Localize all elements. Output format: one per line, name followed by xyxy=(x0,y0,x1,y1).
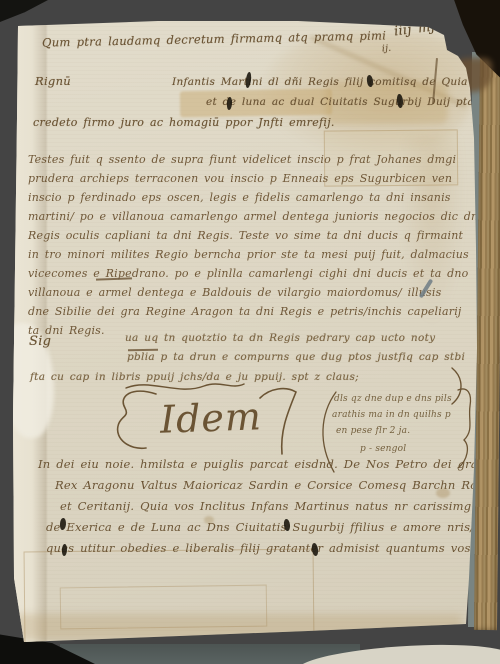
note-line: p - sengol xyxy=(360,444,406,454)
text-line: ua uq tn quotztio ta dn Regis pedrary ca… xyxy=(125,332,435,344)
text-line: martini/ po e villanoua camarlengo armel… xyxy=(28,207,468,226)
note-line: arathis ma in dn quilhs p xyxy=(332,410,451,420)
stain-outline xyxy=(24,548,315,643)
margin-label-sig: Sig xyxy=(29,334,51,349)
note-line: dls qz dne dup e dns pils xyxy=(334,394,452,404)
text-line: Testes fuit q ssento de supra fiunt vide… xyxy=(28,150,468,169)
idem-label: Idem xyxy=(159,394,262,442)
flourish-left-icon xyxy=(112,382,164,458)
text-line: villanoua e armel dentega e Baldouis de … xyxy=(28,283,468,302)
regest-line: Infantis Martini dl dñi Regis filij comi… xyxy=(172,76,468,88)
cover-corner-top-left xyxy=(0,0,48,22)
text-line: et Ceritanij. Quia vos Inclitus Infans M… xyxy=(60,496,470,517)
flourish-right-icon xyxy=(254,380,302,460)
regest-line: credeto firmo juro ac homagiū ppor Jnfti… xyxy=(33,116,335,129)
text-line: In dei eiu noie. hmilsta e puiglis parca… xyxy=(38,454,470,475)
water-stain xyxy=(263,32,473,157)
text-line: pblia p ta drun e compurns que dug ptos … xyxy=(127,351,465,363)
photo-backdrop: iiij mj ij. Qum ptra laudamq decretum fi… xyxy=(0,0,500,664)
folio-number: iiij mj xyxy=(393,20,436,40)
stain-outline xyxy=(60,585,268,630)
text-line: dne Sibilie dei gra Regine Aragon ta dni… xyxy=(28,302,468,321)
margin-label-regest: Rignū xyxy=(35,74,71,88)
text-line: in tro minori milites Regio berncha prio… xyxy=(28,245,468,264)
bottom-stain-band xyxy=(16,614,462,640)
idem-heading-block: Idem xyxy=(112,380,302,458)
text-line: vicecomes e Ripedrano. po e plinlla cama… xyxy=(28,264,468,283)
paragraph-testes: Testes fuit q ssento de supra fiunt vide… xyxy=(28,150,468,340)
ink-blot xyxy=(226,97,232,110)
text-line: inscio p ferdinado eps oscen, legis e fi… xyxy=(28,188,468,207)
manuscript-page: iiij mj ij. Qum ptra laudamq decretum fi… xyxy=(8,18,480,650)
text-line: de Exerica e de Luna ac Dns Ciuitatis Su… xyxy=(46,517,470,538)
folio-annotation: ij. xyxy=(382,44,392,55)
text-line: ques utitur obedies e liberalis filij gr… xyxy=(46,538,470,559)
text-line: prudera archieps terraconen vou inscio p… xyxy=(28,169,468,188)
paragraph-charter: In dei eiu noie. hmilsta e puiglis parca… xyxy=(38,454,470,559)
regest-line: et de luna ac dual Ciuitatis Sugurbij Du… xyxy=(206,96,500,108)
note-line: en pese flr 2 ja. xyxy=(336,426,410,436)
text-line: Regis oculis capliani ta dni Regis. Test… xyxy=(28,226,468,245)
heading-line: Qum ptra laudamq decretum firmamq atq pr… xyxy=(42,28,386,49)
text-line: Rex Aragonu Valtus Maioricaz Sardin e Co… xyxy=(55,475,470,496)
